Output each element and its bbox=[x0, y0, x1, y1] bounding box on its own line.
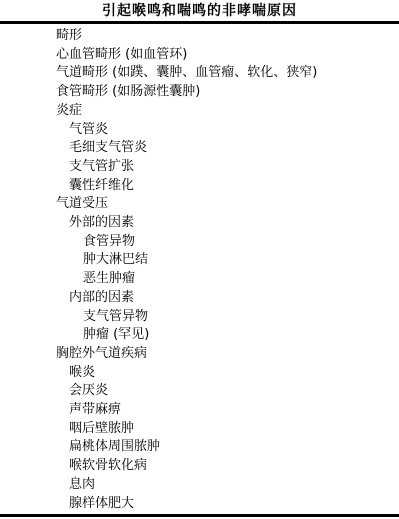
list-item: 囊性纤维化 bbox=[0, 177, 399, 196]
title-divider-rule bbox=[0, 21, 399, 24]
list-item: 支气管扩张 bbox=[0, 158, 399, 177]
list-item: 畸形 bbox=[0, 27, 399, 46]
list-item: 腺样体肥大 bbox=[0, 495, 399, 514]
list-item: 支气管异物 bbox=[0, 308, 399, 327]
list-item: 肿瘤 (罕见) bbox=[0, 326, 399, 345]
list-item: 肿大淋巴结 bbox=[0, 251, 399, 270]
list-item: 息肉 bbox=[0, 476, 399, 495]
table-title: 引起喉鸣和喘鸣的非哮喘原因 bbox=[0, 0, 399, 21]
cause-list: 畸形心血管畸形 (如血管环)气道畸形 (如蹼、囊肿、血管瘤、软化、狭窄)食管畸形… bbox=[0, 27, 399, 513]
list-item: 咽后壁脓肿 bbox=[0, 420, 399, 439]
list-item: 声带麻痹 bbox=[0, 401, 399, 420]
list-item: 喉炎 bbox=[0, 364, 399, 383]
list-item: 气道畸形 (如蹼、囊肿、血管瘤、软化、狭窄) bbox=[0, 64, 399, 83]
list-item: 毛细支气管炎 bbox=[0, 139, 399, 158]
list-item: 恶生肿瘤 bbox=[0, 270, 399, 289]
list-item: 食管畸形 (如肠源性囊肿) bbox=[0, 83, 399, 102]
list-item: 食管异物 bbox=[0, 233, 399, 252]
list-item: 气道受压 bbox=[0, 195, 399, 214]
bottom-border-rule bbox=[0, 514, 399, 517]
list-item: 外部的因素 bbox=[0, 214, 399, 233]
list-item: 喉软骨软化病 bbox=[0, 457, 399, 476]
list-item: 炎症 bbox=[0, 102, 399, 121]
list-item: 扁桃体周围脓肿 bbox=[0, 438, 399, 457]
list-item: 胸腔外气道疾病 bbox=[0, 345, 399, 364]
list-item: 气管炎 bbox=[0, 121, 399, 140]
list-item: 心血管畸形 (如血管环) bbox=[0, 46, 399, 65]
list-item: 内部的因素 bbox=[0, 289, 399, 308]
document-page: 引起喉鸣和喘鸣的非哮喘原因 畸形心血管畸形 (如血管环)气道畸形 (如蹼、囊肿、… bbox=[0, 0, 399, 519]
list-item: 会厌炎 bbox=[0, 382, 399, 401]
